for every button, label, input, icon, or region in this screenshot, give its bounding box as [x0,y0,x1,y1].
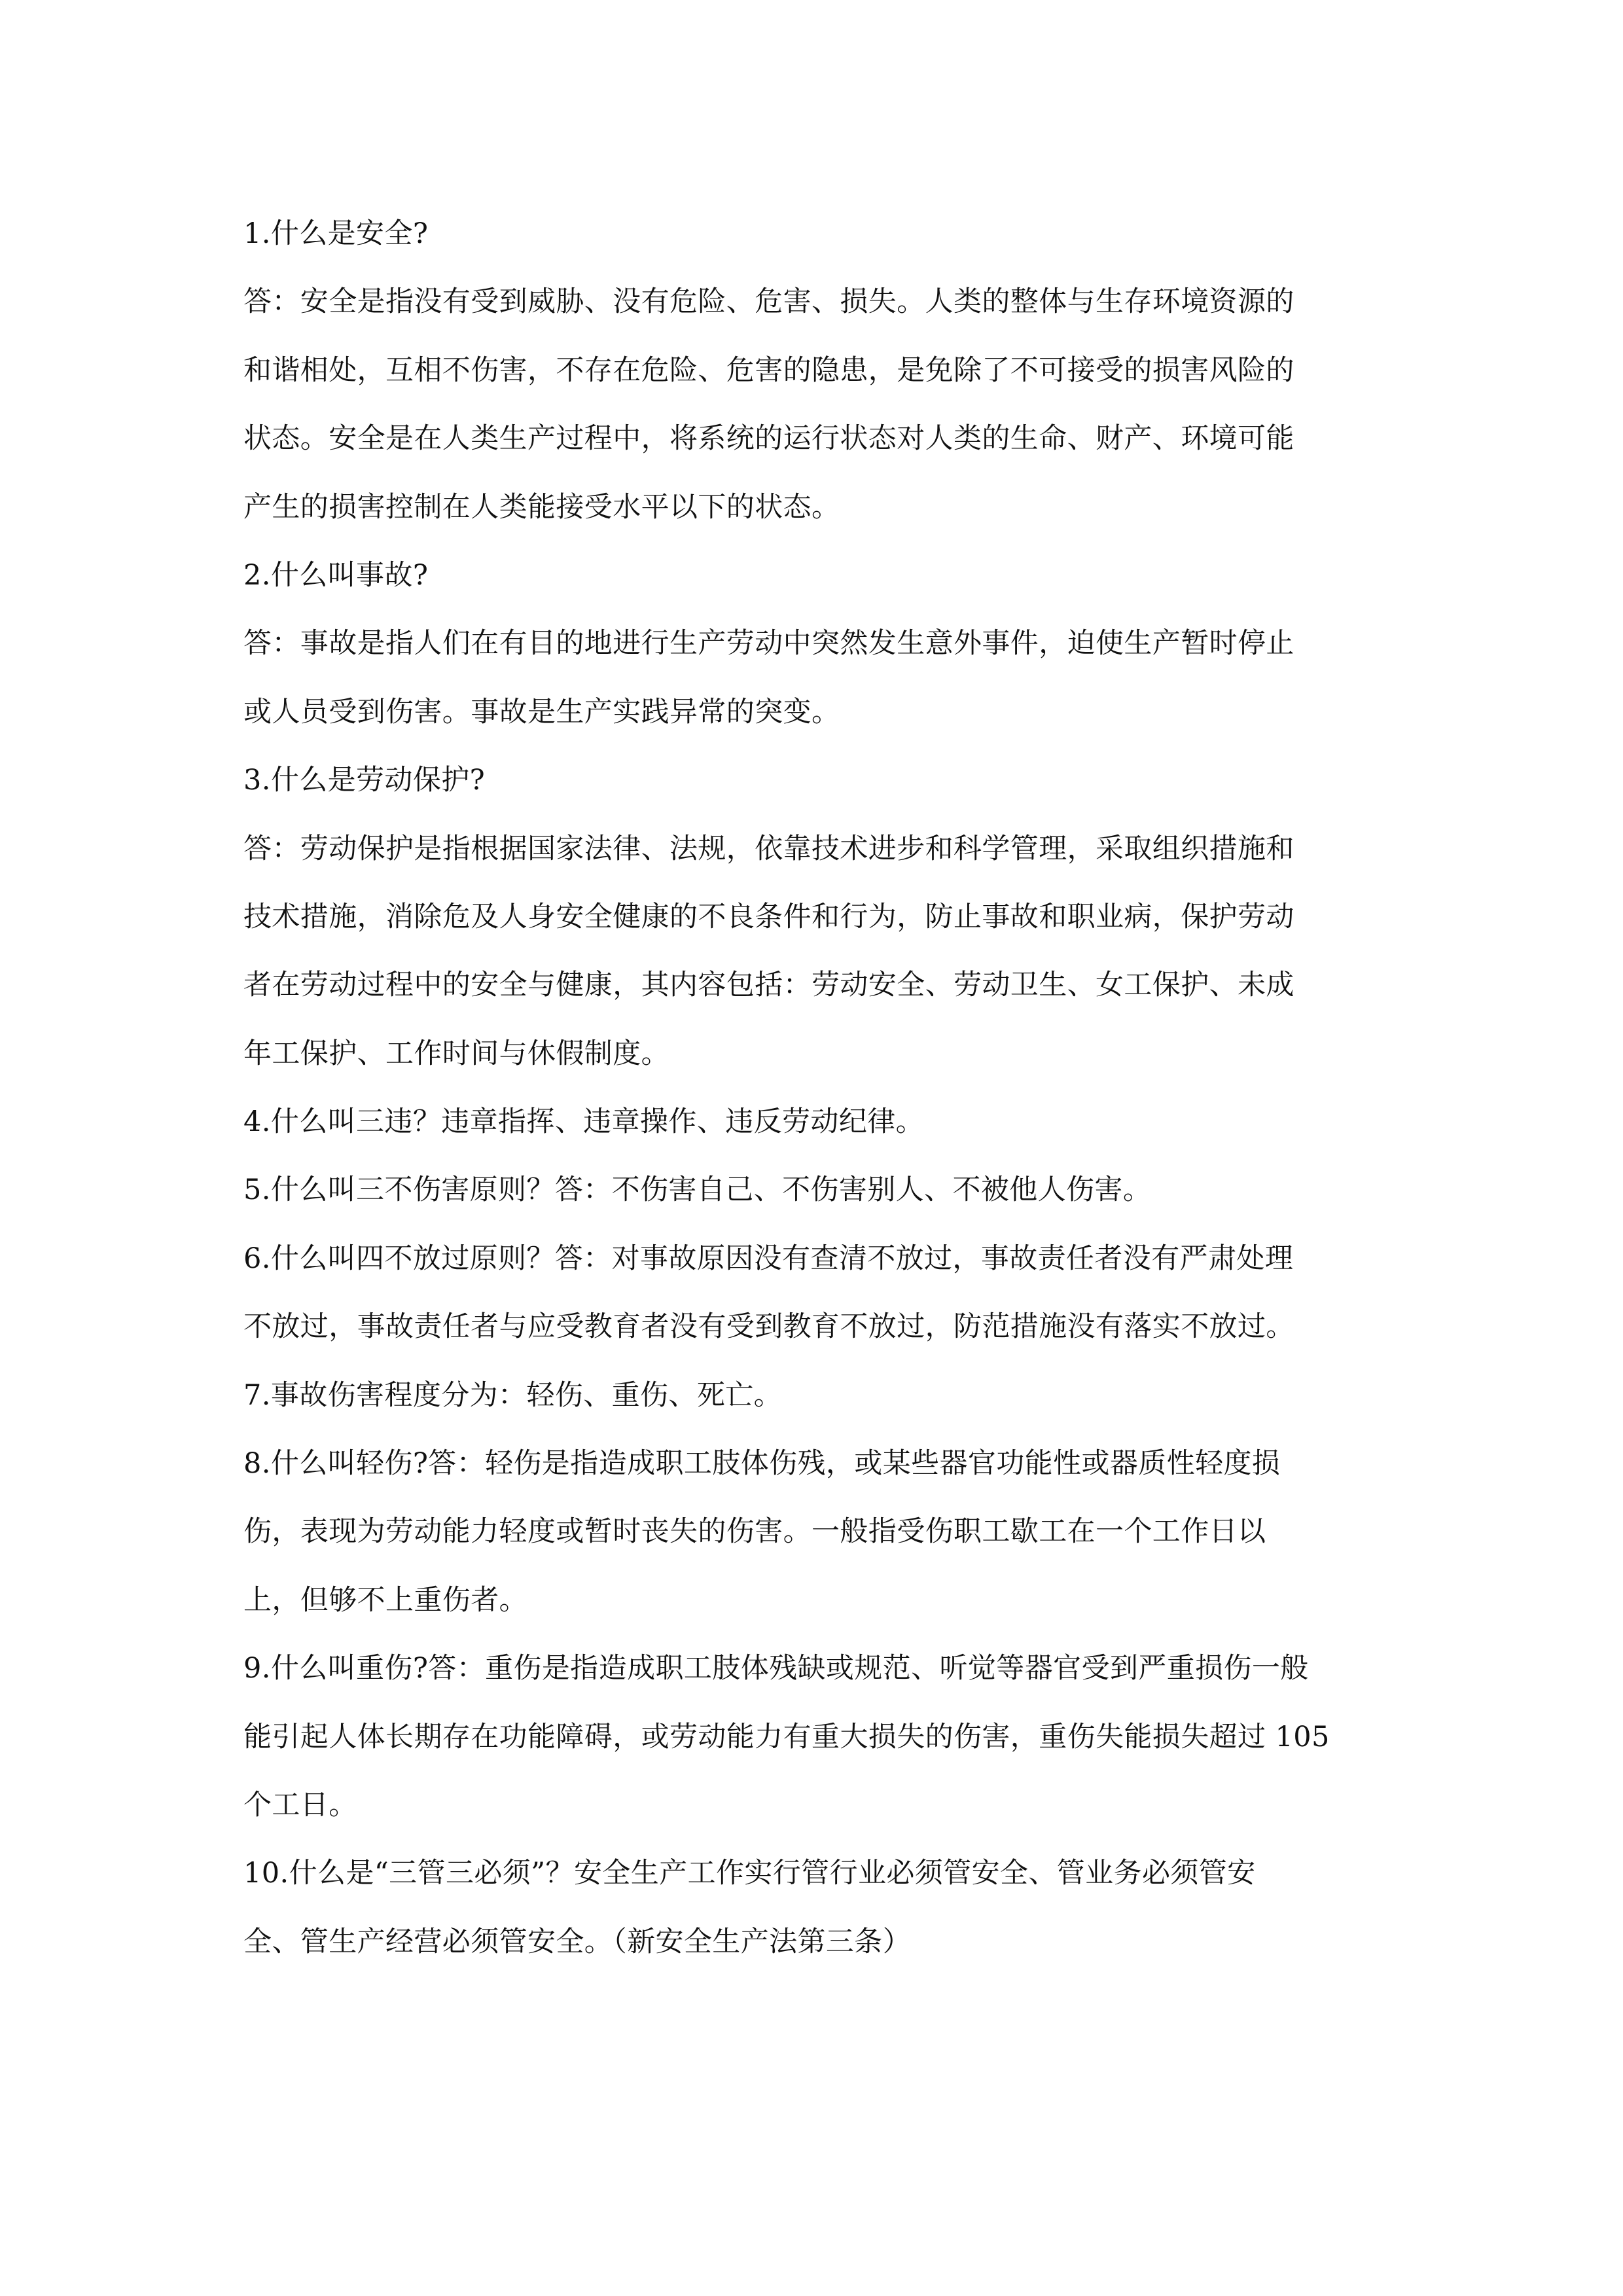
answer-line: 产生的损害控制在人类能接受水平以下的状态。 [243,473,1363,541]
question-number: 4. [243,1105,271,1138]
question-10: 10.什么是“三管三必须”？安全生产工作实行管行业必须管安全、管业务必须管安 [243,1839,1363,1907]
question-3: 3.什么是劳动保护? [243,746,1363,814]
answer-line: 能引起人体长期存在功能障碍，或劳动能力有重大损失的伤害，重伤失能损失超过 105 [243,1703,1363,1771]
question-text: 什么叫四不放过原则？ [271,1242,555,1275]
answer-line: 年工保护、工作时间与休假制度。 [243,1020,1363,1088]
answer-line: 上，但够不上重伤者。 [243,1566,1363,1634]
answer-text: 轻伤、重伤、死亡。 [526,1379,782,1412]
answer-line: 个工日。 [243,1771,1363,1839]
answer-text: 答：重伤是指造成职工肢体残缺或规范、听觉等器官受到严重损伤一般 [428,1652,1308,1685]
question-8: 8.什么叫轻伤?答：轻伤是指造成职工肢体伤残，或某些器官功能性或器质性轻度损 [243,1429,1363,1498]
question-1: 1.什么是安全? [243,200,1363,268]
question-text: 事故伤害程度分为： [271,1379,527,1412]
answer-line: 不放过，事故责任者与应受教育者没有受到教育不放过，防范措施没有落实不放过。 [243,1293,1363,1361]
answer-line: 伤，表现为劳动能力轻度或暂时丧失的伤害。一般指受伤职工歇工在一个工作日以 [243,1498,1363,1566]
answer-line: 全、管生产经营必须管安全。（新安全生产法第三条） [243,1908,1363,1976]
question-text: 什么是劳动保护? [271,764,485,797]
question-number: 8. [243,1447,271,1480]
question-7: 7.事故伤害程度分为：轻伤、重伤、死亡。 [243,1361,1363,1429]
question-number: 9. [243,1652,271,1685]
answer-text: 答：不伤害自己、不伤害别人、不被他人伤害。 [555,1174,1151,1206]
answer-line: 和谐相处，互相不伤害，不存在危险、危害的隐患，是免除了不可接受的损害风险的 [243,336,1363,404]
question-2: 2.什么叫事故? [243,541,1363,609]
answer-line: 状态。安全是在人类生产过程中，将系统的运行状态对人类的生命、财产、环境可能 [243,404,1363,473]
answer-line: 答：劳动保护是指根据国家法律、法规，依靠技术进步和科学管理，采取组织措施和 [243,815,1363,883]
question-text: 什么是安全? [271,217,428,250]
question-text: 什么是“三管三必须”？ [289,1857,574,1890]
answer-line: 答：事故是指人们在有目的地进行生产劳动中突然发生意外事件，迫使生产暂时停止 [243,609,1363,677]
answer-line: 者在劳动过程中的安全与健康，其内容包括：劳动安全、劳动卫生、女工保护、未成 [243,951,1363,1019]
answer-text: 答：轻伤是指造成职工肢体伤残，或某些器官功能性或器质性轻度损 [428,1447,1280,1480]
question-text: 什么叫事故? [271,559,428,592]
question-text: 什么叫三违？ [271,1105,441,1138]
answer-line: 或人员受到伤害。事故是生产实践异常的突变。 [243,678,1363,746]
question-9: 9.什么叫重伤?答：重伤是指造成职工肢体残缺或规范、听觉等器官受到严重损伤一般 [243,1634,1363,1702]
document-page: 1.什么是安全? 答：安全是指没有受到威胁、没有危险、危害、损失。人类的整体与生… [243,200,1363,1976]
question-number: 7. [243,1379,271,1412]
answer-text: 违章指挥、违章操作、违反劳动纪律。 [441,1105,924,1138]
question-text: 什么叫轻伤? [271,1447,428,1480]
question-4: 4.什么叫三违？违章指挥、违章操作、违反劳动纪律。 [243,1088,1363,1156]
question-number: 6. [243,1242,271,1275]
question-text: 什么叫三不伤害原则？ [271,1174,555,1206]
answer-line: 技术措施，消除危及人身安全健康的不良条件和行为，防止事故和职业病，保护劳动 [243,883,1363,951]
answer-line: 答：安全是指没有受到威胁、没有危险、危害、损失。人类的整体与生存环境资源的 [243,268,1363,336]
question-number: 1. [243,217,271,250]
question-6: 6.什么叫四不放过原则？答：对事故原因没有查清不放过，事故责任者没有严肃处理 [243,1225,1363,1293]
answer-text: 答：对事故原因没有查清不放过，事故责任者没有严肃处理 [555,1242,1293,1275]
question-5: 5.什么叫三不伤害原则？答：不伤害自己、不伤害别人、不被他人伤害。 [243,1156,1363,1224]
answer-text: 安全生产工作实行管行业必须管安全、管业务必须管安 [574,1857,1256,1890]
question-number: 2. [243,559,271,592]
question-number: 3. [243,764,271,797]
question-number: 5. [243,1174,271,1206]
question-text: 什么叫重伤? [271,1652,428,1685]
question-number: 10. [243,1857,289,1890]
